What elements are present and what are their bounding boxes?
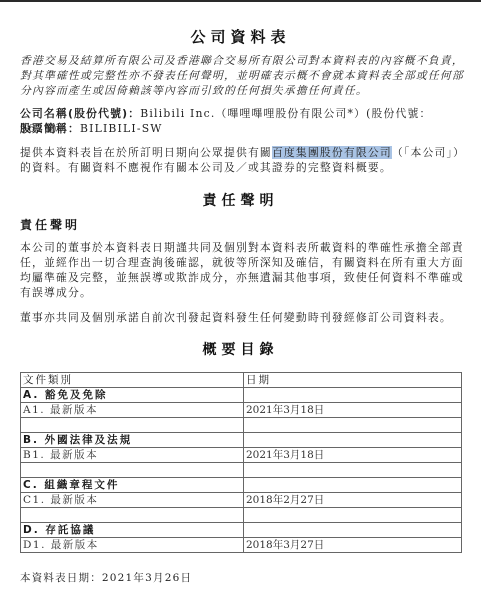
table-row: C. 組織章程文件 <box>21 478 462 493</box>
date-cell: 2021年3月18日 <box>244 448 462 463</box>
blank-cell <box>21 508 244 523</box>
document-date: 本資料表日期：2021年3月26日 <box>20 570 192 585</box>
item-label: D1. 最新版本 <box>21 538 244 553</box>
blank-cell <box>244 418 462 433</box>
date-cell: 2018年2月27日 <box>244 493 462 508</box>
table-row: B1. 最新版本 2021年3月18日 <box>21 448 462 463</box>
header-document-type: 文件類別 <box>21 373 244 388</box>
stock-short-name-line: 股票簡稱：BILIBILI-SW <box>20 121 465 136</box>
table-row <box>21 463 462 478</box>
responsibility-paragraph-1: 本公司的董事於本資料表日期謹共同及個別對本資料表所載資料的準確性承擔全部責任，並… <box>20 240 465 300</box>
table-row <box>21 508 462 523</box>
summary-table: 文件類別 日期 A. 豁免及免除 A1. 最新版本 2021年3月18日 B. … <box>20 372 462 553</box>
category-label: D. 存託協議 <box>21 523 244 538</box>
category-label: B. 外國法律及法規 <box>21 433 244 448</box>
stock-short-name-label: 股票簡稱： <box>20 122 80 135</box>
date-cell <box>244 433 462 448</box>
blank-cell <box>244 508 462 523</box>
date-cell <box>244 478 462 493</box>
highlighted-company-name[interactable]: 百度集團股份有限公司 <box>272 146 392 159</box>
responsibility-paragraph-2: 董事亦共同及個別承諾自前次刊發起資料發生任何變動時刊發經修訂公司資料表。 <box>20 310 465 325</box>
item-label: A1. 最新版本 <box>21 403 244 418</box>
item-label: B1. 最新版本 <box>21 448 244 463</box>
table-row: C1. 最新版本 2018年2月27日 <box>21 493 462 508</box>
table-header-row: 文件類別 日期 <box>21 373 462 388</box>
date-cell <box>244 388 462 403</box>
blank-cell <box>21 418 244 433</box>
header-date: 日期 <box>244 373 462 388</box>
item-label: C1. 最新版本 <box>21 493 244 508</box>
table-row: B. 外國法律及法規 <box>21 433 462 448</box>
summary-section-title: 概要目錄 <box>0 339 481 359</box>
disclaimer-paragraph: 香港交易及結算所有限公司及香港聯合交易所有限公司對本資料表的內容概不負責，對其準… <box>20 53 465 98</box>
responsibility-section-title: 責任聲明 <box>0 190 481 210</box>
date-cell <box>244 523 462 538</box>
date-cell: 2021年3月18日 <box>244 403 462 418</box>
intro-paragraph: 提供本資料表旨在於所訂明日期向公眾提供有關百度集團股份有限公司（「本公司」）的資… <box>20 145 465 175</box>
table-row: A1. 最新版本 2021年3月18日 <box>21 403 462 418</box>
table-row: D1. 最新版本 2018年3月27日 <box>21 538 462 553</box>
stock-short-name-value: BILIBILI-SW <box>80 122 163 135</box>
table-row: A. 豁免及免除 <box>21 388 462 403</box>
company-name-label: 公司名稱(股份代號)： <box>20 107 140 120</box>
table-row: D. 存託協議 <box>21 523 462 538</box>
table-row <box>21 418 462 433</box>
date-cell: 2018年3月27日 <box>244 538 462 553</box>
category-label: C. 組織章程文件 <box>21 478 244 493</box>
document-title: 公司資料表 <box>0 26 481 47</box>
intro-text-before: 提供本資料表旨在於所訂明日期向公眾提供有關 <box>20 146 272 159</box>
blank-cell <box>21 463 244 478</box>
category-label: A. 豁免及免除 <box>21 388 244 403</box>
blank-cell <box>244 463 462 478</box>
responsibility-subheading: 責任聲明 <box>20 216 80 233</box>
